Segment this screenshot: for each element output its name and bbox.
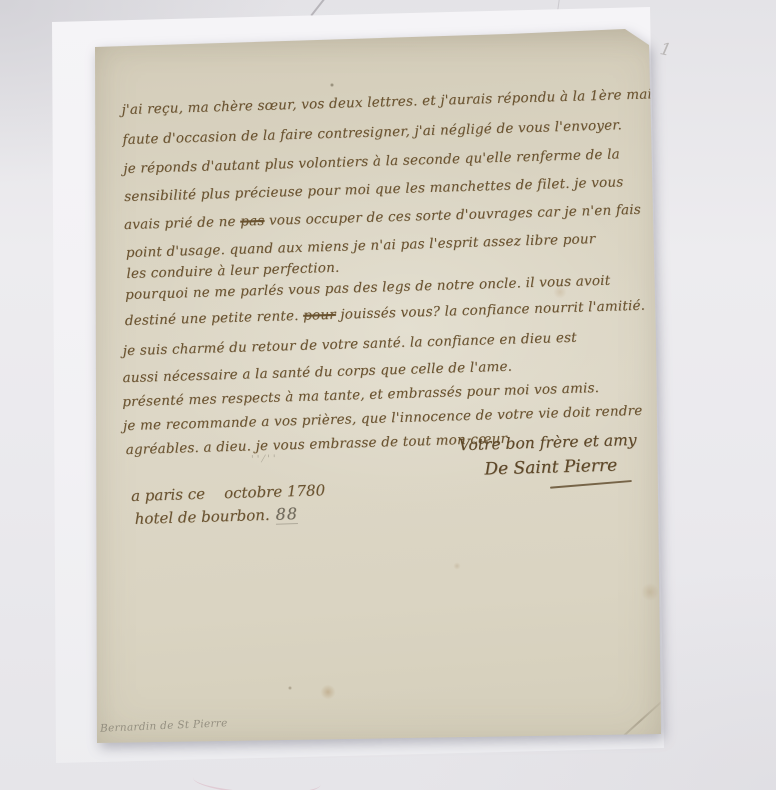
faint-pencil-scribble: ''⁄'' [251, 454, 279, 466]
letter-line-text: aussi nécessaire a la santé du corps que… [122, 359, 512, 387]
letter-line: les conduire à leur perfection. [126, 262, 339, 282]
photo-background: agréables. a dieu. je vous embrasse de t… [0, 0, 776, 790]
letter-line-text: jouissés vous? la confiance nourrit l'am… [336, 298, 646, 323]
letter-line-text: les conduire à leur perfection. [126, 260, 339, 282]
letter-line-text: destiné une petite rente. [125, 308, 304, 329]
closing-salutation: Votre bon frère et amy [458, 431, 636, 454]
dateline-address: hotel de bourbon.88 [134, 504, 298, 528]
letter-line: j'ai reçu, ma chère sœur, vos deux lettr… [121, 88, 659, 117]
letter-line-text: avais prié de ne [124, 214, 241, 233]
letter-body: agréables. a dieu. je vous embrasse de t… [79, 9, 678, 748]
pencil-number: 88 [275, 504, 298, 525]
letter-line: faute d'occasion de la faire contresigne… [122, 119, 622, 147]
letter-line: je réponds d'autant plus volontiers à la… [123, 148, 620, 176]
letter-line-text: j'ai reçu, ma chère sœur, vos deux lettr… [121, 86, 659, 118]
letter-line-text: agréables. a dieu. je vous embrasse de t… [125, 431, 510, 458]
letter-line-text: faute d'occasion de la faire contresigne… [122, 117, 622, 148]
letter-line-text: vous occuper de ces sorte d'ouvrages car… [264, 202, 641, 229]
letter-line-text: je suis charmé du retour de votre santé.… [123, 330, 578, 359]
dateline-place: a paris ce octobre 1780 [131, 481, 326, 505]
letter-line: je me recommande a vos prières, que l'in… [123, 405, 643, 434]
struck-word: pour [303, 307, 336, 324]
letter-line: avais prié de ne pas vous occuper de ces… [124, 204, 641, 233]
letter-line-text: sensibilité plus précieuse pour moi que … [124, 174, 624, 205]
letter-line: destiné une petite rente. pour jouissés … [125, 300, 646, 329]
letter-line: agréables. a dieu. je vous embrasse de t… [126, 433, 511, 458]
letter-line: aussi nécessaire a la santé du corps que… [122, 361, 512, 386]
signature: De Saint Pierre [484, 456, 617, 480]
letter-line-text: je réponds d'autant plus volontiers à la… [123, 146, 620, 177]
letter-line-text: point d'usage. quand aux miens je n'ai p… [126, 231, 596, 261]
letter-line: point d'usage. quand aux miens je n'ai p… [126, 233, 596, 260]
signature-underline [550, 480, 632, 489]
letter-paper-wrap: agréables. a dieu. je vous embrasse de t… [0, 0, 776, 790]
letter-line: sensibilité plus précieuse pour moi que … [124, 176, 624, 204]
letter-paper: agréables. a dieu. je vous embrasse de t… [88, 25, 666, 747]
dateline-address-text: hotel de bourbon. [134, 506, 269, 528]
letter-line: je suis charmé du retour de votre santé.… [123, 332, 577, 359]
struck-word: pas [240, 213, 265, 230]
